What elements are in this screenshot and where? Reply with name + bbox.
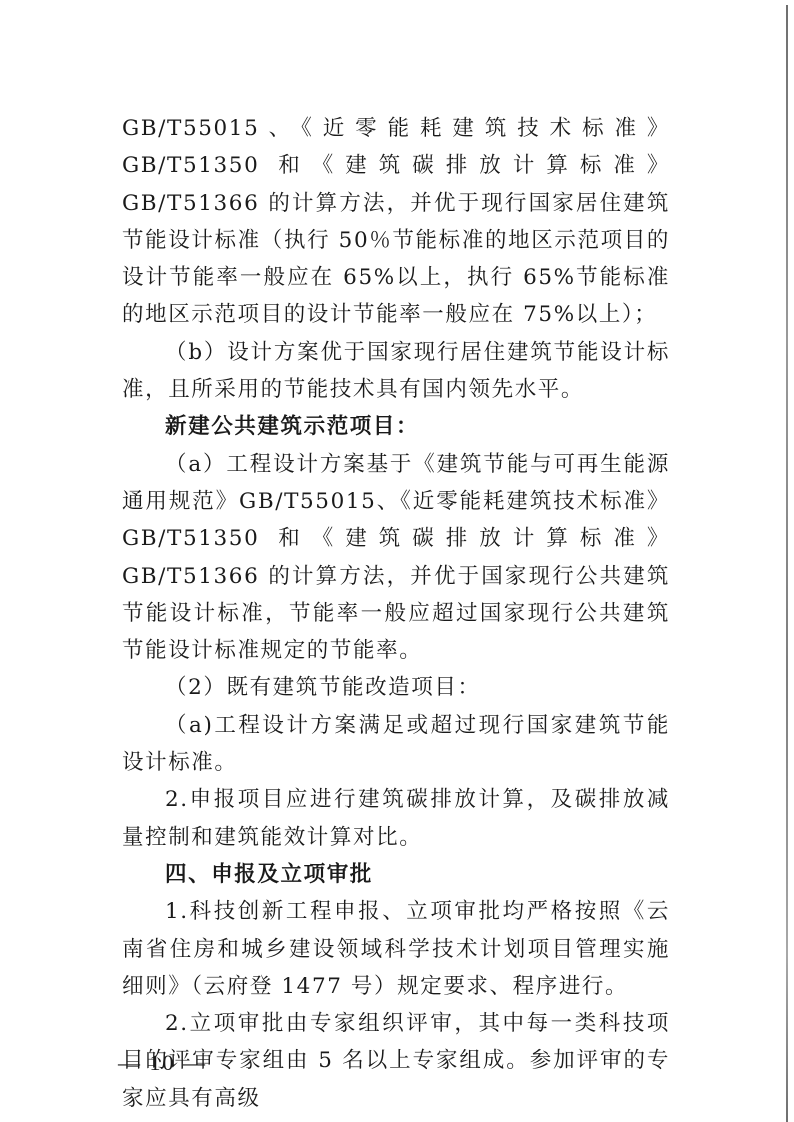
paragraph-b-design-scheme: （b）设计方案优于国家现行居住建筑节能设计标准，且所采用的节能技术具有国内领先水… — [122, 334, 670, 409]
document-page: GB/T55015、《近零能耗建筑技术标准》GB/T51350 和《建筑碳排放计… — [0, 0, 794, 1122]
paragraph-application-procedure: 1.科技创新工程申报、立项审批均严格按照《云南省住房和城乡建设领域科学技术计划项… — [122, 893, 670, 1005]
paragraph-residential-standards: GB/T55015、《近零能耗建筑技术标准》GB/T51350 和《建筑碳排放计… — [122, 110, 670, 334]
document-body: GB/T55015、《近零能耗建筑技术标准》GB/T51350 和《建筑碳排放计… — [122, 110, 670, 1117]
scan-edge-line — [786, 5, 788, 1122]
subheading-public-buildings: 新建公共建筑示范项目： — [122, 408, 670, 445]
paragraph-carbon-calculation: 2.申报项目应进行建筑碳排放计算，及碳排放减量控制和建筑能效计算对比。 — [122, 781, 670, 856]
paragraph-a-public-design: （a）工程设计方案基于《建筑节能与可再生能源通用规范》GB/T55015、《近零… — [122, 446, 670, 670]
section-heading-application-approval: 四、申报及立项审批 — [122, 856, 670, 893]
page-number: — 10 — — [118, 1050, 207, 1076]
paragraph-existing-retrofit: （2）既有建筑节能改造项目： — [122, 669, 670, 706]
paragraph-a-retrofit-design: （a)工程设计方案满足或超过现行国家建筑节能设计标准。 — [122, 707, 670, 782]
